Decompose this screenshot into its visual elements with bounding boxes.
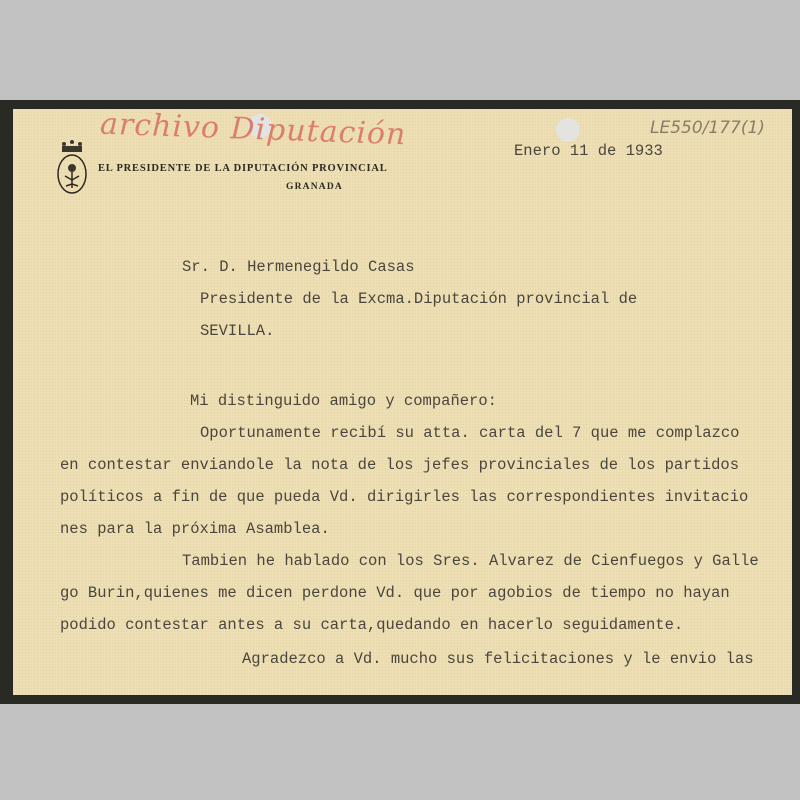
body-line: Tambien he hablado con los Sres. Alvarez… bbox=[182, 552, 759, 570]
body-line: en contestar enviandole la nota de los j… bbox=[60, 456, 739, 474]
letterhead-city: GRANADA bbox=[286, 182, 343, 192]
body-line: podido contestar antes a su carta,quedan… bbox=[60, 616, 683, 634]
recipient-title: Presidente de la Excma.Diputación provin… bbox=[200, 290, 637, 308]
body-line: nes para la próxima Asamblea. bbox=[60, 520, 330, 538]
recipient-name: Sr. D. Hermenegildo Casas bbox=[182, 258, 415, 276]
body-line: Agradezco a Vd. mucho sus felicitaciones… bbox=[242, 650, 754, 668]
archive-reference: LE550/177(1) bbox=[650, 118, 765, 138]
letter-date: Enero 11 de 1933 bbox=[514, 142, 663, 160]
coat-of-arms-icon bbox=[56, 138, 88, 196]
punch-hole bbox=[556, 118, 580, 142]
letterhead-title: EL PRESIDENTE DE LA DIPUTACIÓN PROVINCIA… bbox=[98, 163, 388, 174]
body-line: políticos a fin de que pueda Vd. dirigir… bbox=[60, 488, 748, 506]
body-line: go Burin,quienes me dicen perdone Vd. qu… bbox=[60, 584, 730, 602]
salutation: Mi distinguido amigo y compañero: bbox=[190, 392, 497, 410]
body-line: Oportunamente recibí su atta. carta del … bbox=[200, 424, 740, 442]
recipient-city: SEVILLA. bbox=[200, 322, 274, 340]
